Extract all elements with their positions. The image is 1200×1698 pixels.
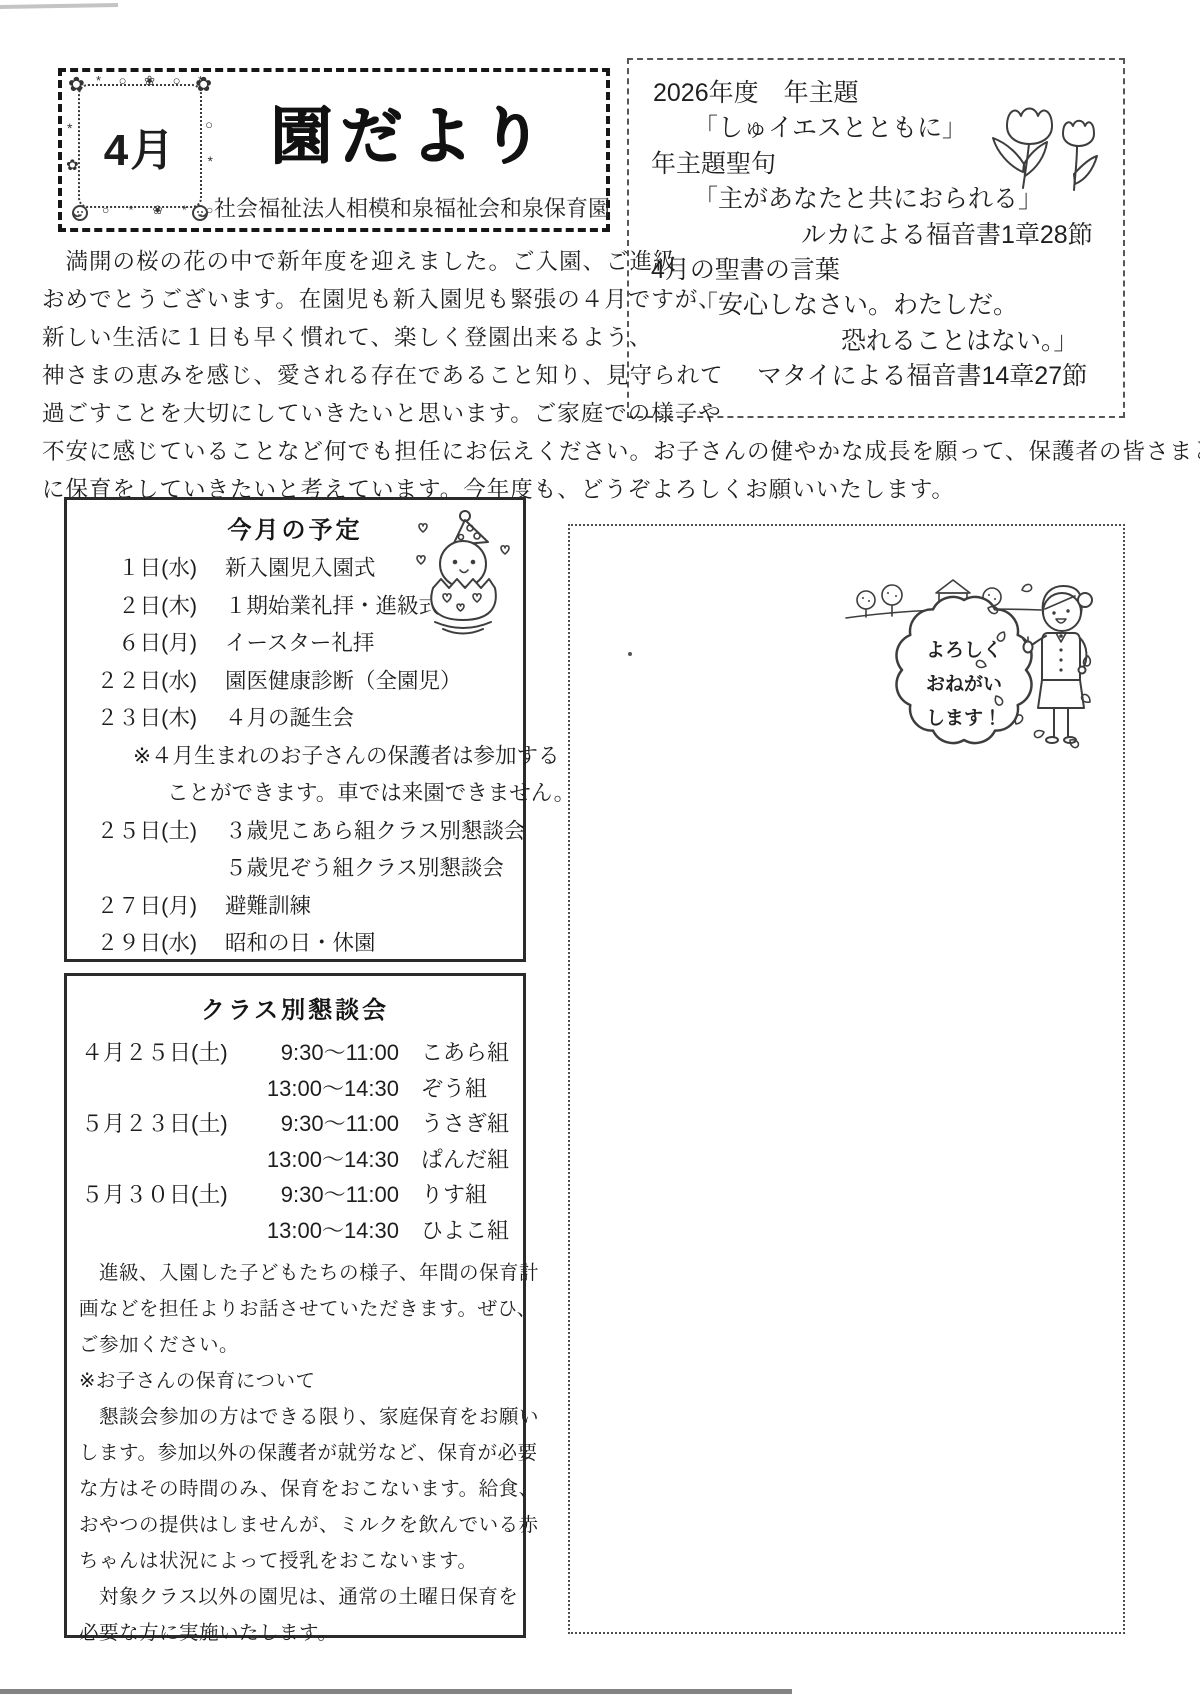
- schedule-row: ２５日(土)３歳児こあら組クラス別懇談会: [75, 813, 523, 851]
- session-row: ４月２５日(土)9:30～11:00こあら組: [81, 1035, 523, 1071]
- schedule-event: 新入園児入園式: [225, 556, 376, 580]
- bubble-line: します！: [904, 702, 1024, 736]
- note-line: 必要な方に実施いたします。: [79, 1615, 523, 1651]
- scan-artifact-top: [0, 3, 118, 9]
- chick-in-easter-egg-illustration: [413, 508, 517, 640]
- publisher-name: 社会福祉法人相模和泉福祉会和泉保育園: [214, 192, 614, 223]
- schedule-date: ２２日(水): [75, 663, 197, 701]
- note-line: 懇談会参加の方はできる限り、家庭保育をお願い: [79, 1399, 523, 1435]
- intro-paragraph: 満開の桜の花の中で新年度を迎えました。ご入園、ご進級 おめでとうございます。在園…: [42, 243, 1178, 509]
- class-meeting-notes: 進級、入園した子どもたちの様子、年間の保育計 画などを担任よりお話させていただき…: [67, 1255, 523, 1651]
- session-time: 9:30～11:00: [249, 1035, 399, 1071]
- intro-line: おめでとうございます。在園児も新入園児も緊張の４月ですが、: [42, 281, 1178, 319]
- intro-line: 神さまの恵みを感じ、愛される存在であること知り、見守られて: [42, 357, 1178, 395]
- scan-artifact-bottom: [0, 1689, 792, 1694]
- session-group: りす組: [421, 1182, 487, 1207]
- schedule-row: ２２日(水)園医健康診断（全園児）: [75, 663, 523, 701]
- session-row: 13:00～14:30ひよこ組: [81, 1213, 523, 1249]
- session-time: 13:00～14:30: [249, 1213, 399, 1249]
- schedule-event: ４月の誕生会: [225, 706, 354, 730]
- schedule-date: ２７日(月): [75, 888, 197, 926]
- session-time: 13:00～14:30: [249, 1142, 399, 1178]
- note-line: な方はその時間のみ、保育をおこないます。給食、: [79, 1471, 523, 1507]
- intro-line: 満開の桜の花の中で新年度を迎えました。ご入園、ご進級: [42, 243, 1178, 281]
- sparkle-icon: *: [67, 120, 72, 136]
- class-meeting-box: クラス別懇談会 ４月２５日(土)9:30～11:00こあら組 13:00～14:…: [64, 973, 526, 1638]
- session-row: ５月２３日(土)9:30～11:00うさぎ組: [81, 1106, 523, 1142]
- flower-garland-icon: * ○ ❀ ○ *: [96, 73, 210, 89]
- schedule-event: ５歳児ぞう組クラス別懇談会: [225, 856, 504, 880]
- month-flower-frame: ✿ ✿ * ○ ❀ ○ * ○ * ❀ * ○ * ✿ ○ * 4月: [78, 84, 202, 208]
- newsletter-title: 園だより: [212, 86, 608, 175]
- intro-line: 過ごすことを大切にしていきたいと思います。ご家庭での様子や: [42, 395, 1178, 433]
- session-row: 13:00～14:30ぞう組: [81, 1071, 523, 1107]
- schedule-row: ２９日(水)昭和の日・休園: [75, 925, 523, 963]
- note-line: おやつの提供はしませんが、ミルクを飲んでいる赤: [79, 1507, 523, 1543]
- schedule-event: 昭和の日・休園: [225, 931, 376, 955]
- schedule-note: ※４月生まれのお子さんの保護者は参加する: [75, 738, 523, 776]
- schedule-event: 避難訓練: [225, 894, 311, 918]
- note-line: 対象クラス以外の園児は、通常の土曜日保育を: [79, 1579, 523, 1615]
- class-meeting-sessions: ４月２５日(土)9:30～11:00こあら組 13:00～14:30ぞう組 ５月…: [67, 1035, 523, 1248]
- session-row: 13:00～14:30ぱんだ組: [81, 1142, 523, 1178]
- note-line: します。参加以外の保護者が就労など、保育が必要: [79, 1435, 523, 1471]
- session-date: ５月３０日(土): [81, 1177, 249, 1213]
- note-line: ちゃんは状況によって授乳をおこないます。: [79, 1543, 523, 1579]
- session-row: ５月３０日(土)9:30～11:00りす組: [81, 1177, 523, 1213]
- schedule-row: ２３日(木)４月の誕生会: [75, 700, 523, 738]
- scan-artifact-dot: [628, 652, 632, 656]
- note-line: 画などを担任よりお話させていただきます。ぜひ、: [79, 1291, 523, 1327]
- session-group: こあら組: [421, 1040, 509, 1065]
- bubble-line: おねがい: [904, 668, 1024, 702]
- class-meeting-title: クラス別懇談会: [67, 990, 523, 1025]
- chick-icon: [190, 204, 210, 222]
- session-time: 9:30～11:00: [249, 1177, 399, 1213]
- session-group: ひよこ組: [421, 1218, 509, 1243]
- schedule-row: ２７日(月)避難訓練: [75, 888, 523, 926]
- bubble-line: よろしく: [904, 634, 1024, 668]
- session-time: 13:00～14:30: [249, 1071, 399, 1107]
- flower-icon: ✿: [68, 72, 85, 97]
- session-date: ４月２５日(土): [81, 1035, 249, 1071]
- tulip-flowers-illustration: [985, 100, 1107, 196]
- session-group: ぞう組: [421, 1076, 487, 1101]
- schedule-event: イースター礼拝: [225, 631, 374, 655]
- session-group: うさぎ組: [421, 1111, 509, 1136]
- note-line: ご参加ください。: [79, 1327, 523, 1363]
- intro-line: 新しい生活に１日も早く慣れて、楽しく登園出来るよう、: [42, 319, 1178, 357]
- month-label: 4月: [104, 114, 176, 178]
- session-group: ぱんだ組: [421, 1147, 509, 1172]
- session-date: ５月２３日(土): [81, 1106, 249, 1142]
- schedule-row: ５歳児ぞう組クラス別懇談会: [75, 850, 523, 888]
- schedule-date: ２３日(木): [75, 700, 197, 738]
- masthead-box: ✿ ✿ * ○ ❀ ○ * ○ * ❀ * ○ * ✿ ○ * 4月 園だより …: [58, 68, 610, 232]
- schedule-event: ３歳児こあら組クラス別懇談会: [225, 819, 525, 843]
- schedule-date: ６日(月): [75, 625, 197, 663]
- note-line: ※お子さんの保育について: [79, 1363, 523, 1399]
- schedule-date: １日(水): [75, 550, 197, 588]
- schedule-event: １期始業礼拝・進級式: [225, 594, 440, 618]
- chick-icon: [70, 204, 90, 222]
- intro-line: 不安に感じていることなど何でも担任にお伝えください。お子さんの健やかな成長を願っ…: [42, 433, 1178, 471]
- schedule-event: 園医健康診断（全園児）: [225, 669, 462, 693]
- schedule-date: ２５日(土): [75, 813, 197, 851]
- schedule-note: ことができます。車では来園できません。: [75, 775, 523, 813]
- monthly-schedule-box: 今月の予定 １日(水)新入園児入園式 ２日(木)１期始業礼拝・進級式 ６日(月)…: [64, 497, 526, 962]
- schedule-date: ２９日(水): [75, 925, 197, 963]
- greeting-bubble-text: よろしく おねがい します！: [904, 634, 1024, 736]
- flower-icon: ✿: [66, 156, 79, 174]
- note-line: 進級、入園した子どもたちの様子、年間の保育計: [79, 1255, 523, 1291]
- session-time: 9:30～11:00: [249, 1106, 399, 1142]
- newsletter-page: ✿ ✿ * ○ ❀ ○ * ○ * ❀ * ○ * ✿ ○ * 4月 園だより …: [0, 0, 1200, 1698]
- schedule-date: ２日(木): [75, 588, 197, 626]
